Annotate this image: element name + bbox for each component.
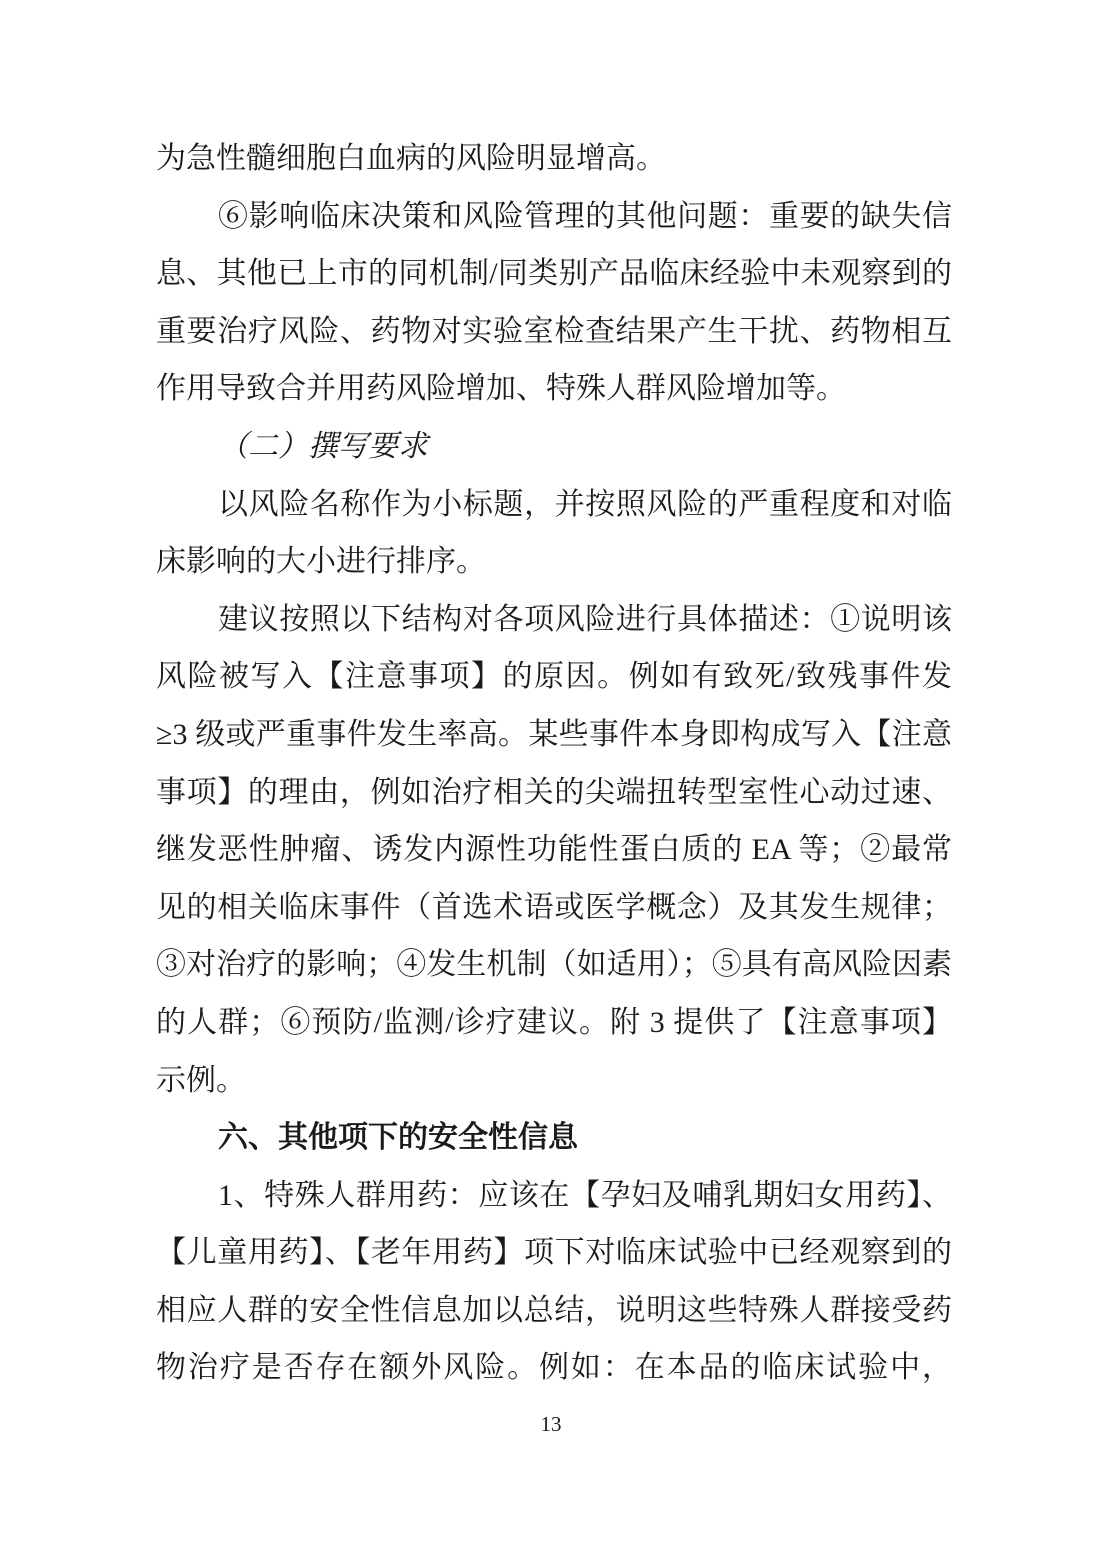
text-line: 息、其他已上市的同机制/同类别产品临床经验中未观察到的 [156, 245, 952, 303]
text-line: 建议按照以下结构对各项风险进行具体描述：①说明该 [156, 591, 952, 649]
text-line: 【儿童用药】、【老年用药】项下对临床试验中已经观察到的 [156, 1224, 952, 1282]
text-line: 作用导致合并用药风险增加、特殊人群风险增加等。 [156, 360, 952, 418]
page-number: 13 [541, 1412, 562, 1436]
text-line: ③对治疗的影响；④发生机制（如适用）；⑤具有高风险因素 [156, 936, 952, 994]
text-line: 见的相关临床事件（首选术语或医学概念）及其发生规律； [156, 879, 952, 937]
text-line: 事项】的理由，例如治疗相关的尖端扭转型室性心动过速、 [156, 764, 952, 822]
text-line: 重要治疗风险、药物对实验室检查结果产生干扰、药物相互 [156, 303, 952, 361]
text-line: 相应人群的安全性信息加以总结，说明这些特殊人群接受药 [156, 1282, 952, 1340]
text-line: 床影响的大小进行排序。 [156, 533, 952, 591]
text-line: 示例。 [156, 1052, 952, 1110]
text-line: ≥3 级或严重事件发生率高。某些事件本身即构成写入【注意 [156, 706, 952, 764]
text-line: 物治疗是否存在额外风险。例如：在本品的临床试验中，≥65 [156, 1339, 952, 1397]
text-line: ⑥影响临床决策和风险管理的其他问题：重要的缺失信 [156, 188, 952, 246]
page-footer: 13 [0, 1412, 1102, 1437]
text-line: 继发恶性肿瘤、诱发内源性功能性蛋白质的 EA 等；②最常 [156, 821, 952, 879]
text-line: 以风险名称作为小标题，并按照风险的严重程度和对临 [156, 476, 952, 534]
text-block: 为急性髓细胞白血病的风险明显增高。⑥影响临床决策和风险管理的其他问题：重要的缺失… [156, 130, 952, 1397]
text-line: 1、特殊人群用药：应该在【孕妇及哺乳期妇女用药】、 [156, 1167, 952, 1225]
text-line: 的人群；⑥预防/监测/诊疗建议。附 3 提供了【注意事项】的 [156, 994, 952, 1052]
text-line: 为急性髓细胞白血病的风险明显增高。 [156, 130, 952, 188]
subsection-heading: （二）撰写要求 [156, 418, 952, 476]
section-heading: 六、其他项下的安全性信息 [156, 1109, 952, 1167]
document-page: 为急性髓细胞白血病的风险明显增高。⑥影响临床决策和风险管理的其他问题：重要的缺失… [0, 0, 1102, 1559]
text-line: 风险被写入【注意事项】的原因。例如有致死/致残事件发生， [156, 648, 952, 706]
